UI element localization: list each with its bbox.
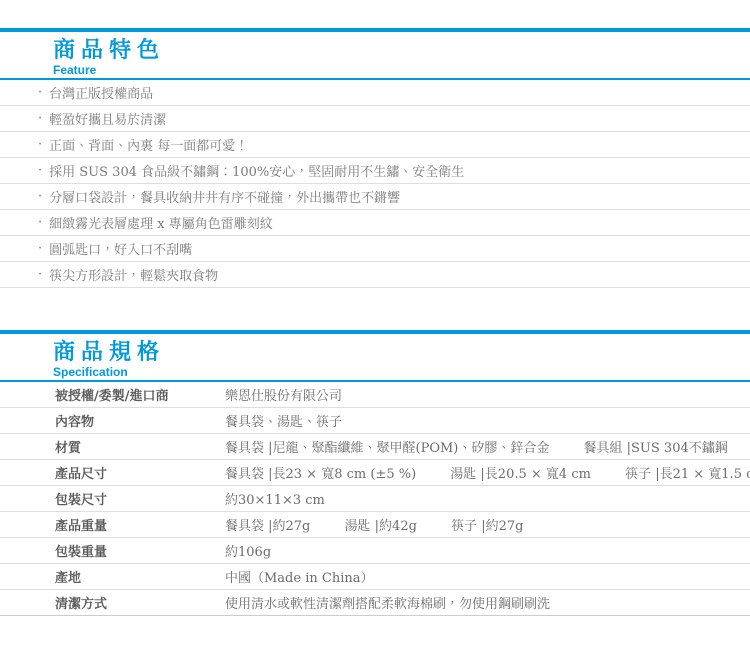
feature-item: · 筷尖方形設計，輕鬆夾取食物 — [0, 262, 750, 288]
spec-value-part: 湯匙 |長20.5 × 寬4 cm — [450, 467, 591, 482]
spec-value: 餐具袋 |約27g 湯匙 |約42g 筷子 |約27g — [225, 515, 750, 534]
spec-value-part: 使用清水或軟性清潔劑搭配柔軟海棉刷，勿使用鋼刷刷洗 — [225, 597, 550, 612]
spec-value-part: 約30×11×3 cm — [225, 493, 325, 508]
spec-label: 材質 — [0, 437, 225, 456]
feature-item-text: 筷尖方形設計，輕鬆夾取食物 — [49, 265, 218, 284]
spec-value-part: 筷子 |長21 × 寬1.5 cm — [625, 467, 750, 482]
spec-section-subtitle: Specification — [53, 365, 750, 379]
feature-section-subtitle: Feature — [53, 63, 750, 77]
spec-row: 材質 餐具袋 |尼龍、聚酯纖維、聚甲醛(POM)、矽膠、鋅合金 餐具組 |SUS… — [0, 434, 750, 460]
spec-value-part: 餐具袋 |約27g — [225, 519, 310, 534]
spec-value: 約30×11×3 cm — [225, 489, 750, 508]
bullet-dot: · — [38, 241, 42, 256]
spec-header: 商品規格 Specification — [0, 334, 750, 380]
spec-label: 內容物 — [0, 411, 225, 430]
spec-value-part: 樂恩仕股份有限公司 — [225, 389, 342, 404]
feature-item: · 分層口袋設計，餐具收納井井有序不碰撞，外出攜帶也不鏘響 — [0, 184, 750, 210]
feature-item: · 輕盈好攜且易於清潔 — [0, 106, 750, 132]
feature-item-text: 正面、背面、內裏 每一面都可愛！ — [49, 135, 248, 154]
feature-section: 商品特色 Feature · 台灣正版授權商品 · 輕盈好攜且易於清潔 · 正面… — [0, 0, 750, 288]
spec-value: 約106g — [225, 541, 750, 560]
feature-header: 商品特色 Feature — [0, 32, 750, 78]
spec-value-part: 湯匙 |約42g — [345, 519, 417, 534]
spec-row: 產品重量 餐具袋 |約27g 湯匙 |約42g 筷子 |約27g — [0, 512, 750, 538]
spec-value-part: 餐具袋 |尼龍、聚酯纖維、聚甲醛(POM)、矽膠、鋅合金 — [225, 441, 549, 456]
bullet-dot: · — [38, 111, 42, 126]
spec-row: 清潔方式 使用清水或軟性清潔劑搭配柔軟海棉刷，勿使用鋼刷刷洗 — [0, 590, 750, 616]
spec-label: 產地 — [0, 567, 225, 586]
spec-label: 被授權/委製/進口商 — [0, 385, 225, 404]
feature-item-text: 輕盈好攜且易於清潔 — [49, 109, 166, 128]
feature-item-text: 台灣正版授權商品 — [49, 83, 153, 102]
spec-label: 產品尺寸 — [0, 463, 225, 482]
spec-value-part: 約106g — [225, 545, 271, 560]
spec-value-part: 餐具袋 |長23 × 寬8 cm (±5 %) — [225, 467, 416, 482]
spec-label: 產品重量 — [0, 515, 225, 534]
spec-value-part: 筷子 |約27g — [451, 519, 523, 534]
spec-label: 包裝重量 — [0, 541, 225, 560]
spec-row: 產地 中國（Made in China） — [0, 564, 750, 590]
spec-value: 餐具袋 |長23 × 寬8 cm (±5 %) 湯匙 |長20.5 × 寬4 c… — [225, 463, 750, 482]
spec-label: 包裝尺寸 — [0, 489, 225, 508]
bullet-dot: · — [38, 267, 42, 282]
bullet-dot: · — [38, 189, 42, 204]
spec-value-part: 餐具袋、湯匙、筷子 — [225, 415, 342, 430]
spec-value: 餐具袋 |尼龍、聚酯纖維、聚甲醛(POM)、矽膠、鋅合金 餐具組 |SUS 30… — [225, 437, 750, 456]
spec-value-part: 餐具組 |SUS 304不鏽鋼 — [584, 441, 728, 456]
spec-table: 被授權/委製/進口商 樂恩仕股份有限公司 內容物 餐具袋、湯匙、筷子 材質 餐具… — [0, 382, 750, 616]
spec-value-part: 中國（Made in China） — [225, 571, 373, 586]
feature-item: · 圓弧匙口，好入口不刮嘴 — [0, 236, 750, 262]
feature-item: · 正面、背面、內裏 每一面都可愛！ — [0, 132, 750, 158]
bullet-dot: · — [38, 137, 42, 152]
spec-row: 包裝尺寸 約30×11×3 cm — [0, 486, 750, 512]
spec-value: 使用清水或軟性清潔劑搭配柔軟海棉刷，勿使用鋼刷刷洗 — [225, 593, 750, 612]
feature-item: · 台灣正版授權商品 — [0, 80, 750, 106]
feature-list: · 台灣正版授權商品 · 輕盈好攜且易於清潔 · 正面、背面、內裏 每一面都可愛… — [0, 80, 750, 288]
spec-row: 內容物 餐具袋、湯匙、筷子 — [0, 408, 750, 434]
feature-item-text: 分層口袋設計，餐具收納井井有序不碰撞，外出攜帶也不鏘響 — [49, 187, 400, 206]
bullet-dot: · — [38, 163, 42, 178]
spec-label: 清潔方式 — [0, 593, 225, 612]
bullet-dot: · — [38, 85, 42, 100]
product-detail-page: 商品特色 Feature · 台灣正版授權商品 · 輕盈好攜且易於清潔 · 正面… — [0, 0, 750, 664]
spec-row: 包裝重量 約106g — [0, 538, 750, 564]
feature-item-text: 圓弧匙口，好入口不刮嘴 — [49, 239, 192, 258]
feature-item-text: 細緻霧光表層處理 x 專屬角色雷雕刻紋 — [49, 213, 273, 232]
feature-item: · 採用 SUS 304 食品級不鏽鋼：100%安心，堅固耐用不生鏽、安全衛生 — [0, 158, 750, 184]
feature-item-text: 採用 SUS 304 食品級不鏽鋼：100%安心，堅固耐用不生鏽、安全衛生 — [49, 161, 464, 180]
spec-section: 商品規格 Specification 被授權/委製/進口商 樂恩仕股份有限公司 … — [0, 330, 750, 616]
feature-section-title: 商品特色 — [53, 37, 750, 63]
spec-row: 產品尺寸 餐具袋 |長23 × 寬8 cm (±5 %) 湯匙 |長20.5 ×… — [0, 460, 750, 486]
bullet-dot: · — [38, 215, 42, 230]
spec-row: 被授權/委製/進口商 樂恩仕股份有限公司 — [0, 382, 750, 408]
spec-section-title: 商品規格 — [53, 339, 750, 365]
spec-value: 餐具袋、湯匙、筷子 — [225, 411, 750, 430]
feature-item: · 細緻霧光表層處理 x 專屬角色雷雕刻紋 — [0, 210, 750, 236]
spec-value: 中國（Made in China） — [225, 567, 750, 586]
spec-value: 樂恩仕股份有限公司 — [225, 385, 750, 404]
